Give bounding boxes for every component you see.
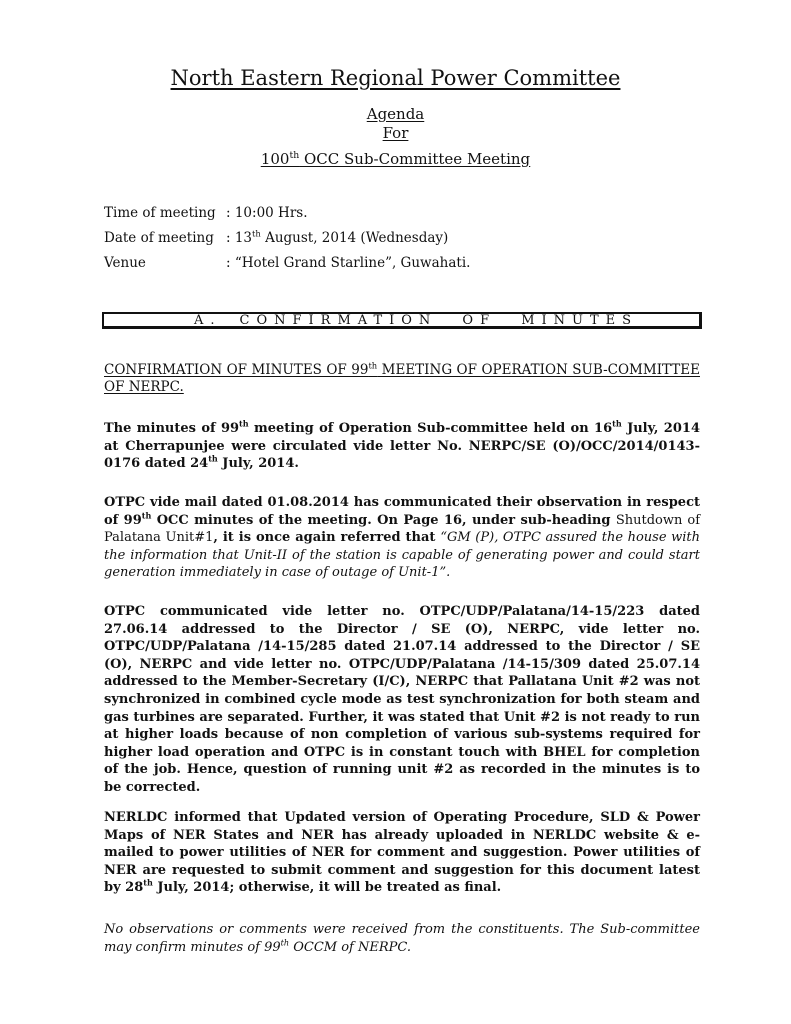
agenda-label-text: Agenda <box>367 105 425 123</box>
sup: th <box>143 878 153 888</box>
agenda-label: Agenda <box>0 105 791 123</box>
paragraph-otpc-observation: OTPC vide mail dated 01.08.2014 has comm… <box>104 494 700 582</box>
text-segment: , it is once again referred that <box>213 530 440 545</box>
sup: th <box>612 419 622 429</box>
separator: : <box>226 255 235 280</box>
meeting-time-row: Time of meeting : 10:00 Hrs. <box>104 205 470 230</box>
date-day: 13 <box>235 230 252 246</box>
meeting-number-suffix: th <box>289 150 299 161</box>
text-segment: The minutes of 99 <box>104 421 239 436</box>
meeting-venue-label: Venue <box>104 255 226 280</box>
document-page: North Eastern Regional Power Committee A… <box>0 0 791 1024</box>
separator: : <box>226 230 235 255</box>
meeting-date-value: 13th August, 2014 (Wednesday) <box>235 230 448 255</box>
subsection-heading: CONFIRMATION OF MINUTES OF 99th MEETING … <box>104 362 700 396</box>
meeting-number: 100 <box>261 150 290 168</box>
heading-text-pre: CONFIRMATION OF MINUTES OF 99 <box>104 362 368 378</box>
section-title: CONFIRMATION OF MINUTES <box>240 313 639 328</box>
date-rest: August, 2014 (Wednesday) <box>261 230 449 246</box>
meeting-venue-row: Venue : “Hotel Grand Starline”, Guwahati… <box>104 255 470 280</box>
meeting-title: 100th OCC Sub-Committee Meeting <box>0 150 791 168</box>
sup: th <box>239 419 249 429</box>
meeting-date-label: Date of meeting <box>104 230 226 255</box>
meeting-title-rest: OCC Sub-Committee Meeting <box>299 150 530 168</box>
meeting-venue-value: “Hotel Grand Starline”, Guwahati. <box>235 255 471 280</box>
paragraph-minutes-circulated: The minutes of 99th meeting of Operation… <box>104 420 700 473</box>
section-header: A.CONFIRMATION OF MINUTES <box>194 314 638 327</box>
meeting-title-text: 100th OCC Sub-Committee Meeting <box>261 150 530 168</box>
text-segment: OCCM of NERPC. <box>289 940 411 955</box>
for-label-text: For <box>383 124 409 142</box>
sup: th <box>208 454 218 464</box>
organization-title-text: North Eastern Regional Power Committee <box>171 66 621 90</box>
paragraph-otpc-letters: OTPC communicated vide letter no. OTPC/U… <box>104 603 700 797</box>
sup: th <box>142 510 152 520</box>
meeting-time-value: 10:00 Hrs. <box>235 205 308 230</box>
text-segment: meeting of Operation Sub-committee held … <box>249 421 613 436</box>
heading-sup: th <box>368 361 377 371</box>
organization-title: North Eastern Regional Power Committee <box>0 66 791 90</box>
meeting-details: Time of meeting : 10:00 Hrs. Date of mee… <box>104 205 470 280</box>
meeting-date-row: Date of meeting : 13th August, 2014 (Wed… <box>104 230 470 255</box>
separator: : <box>226 205 235 230</box>
text-segment: OCC minutes of the meeting. On Page 16, … <box>151 513 616 528</box>
paragraph-nerldc-update: NERLDC informed that Updated version of … <box>104 809 700 897</box>
text-segment: July, 2014; otherwise, it will be treate… <box>153 880 501 895</box>
section-number: A. <box>194 313 222 328</box>
paragraph-conclusion: No observations or comments were receive… <box>104 921 700 956</box>
date-day-suffix: th <box>252 229 261 239</box>
for-label: For <box>0 124 791 142</box>
text-segment: July, 2014. <box>218 456 299 471</box>
sup: th <box>281 938 289 947</box>
meeting-time-label: Time of meeting <box>104 205 226 230</box>
section-header-box: A.CONFIRMATION OF MINUTES <box>102 312 702 329</box>
